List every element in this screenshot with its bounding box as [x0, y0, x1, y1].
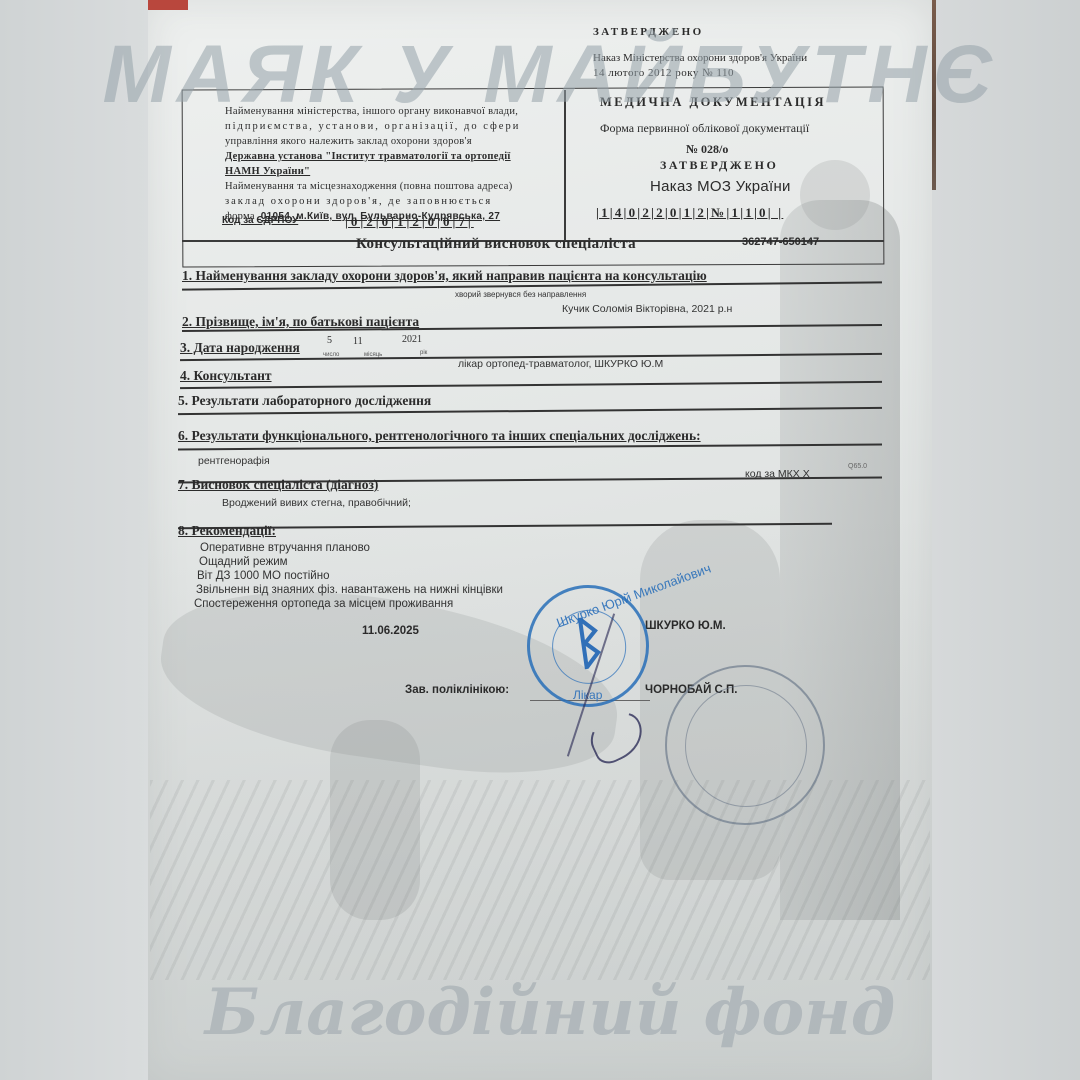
watermark-top: МАЯК У МАЙБУТНЄ: [100, 28, 1000, 122]
institution-block: Найменування міністерства, іншого органу…: [225, 104, 520, 224]
recommendation-item: Ощадний режим: [199, 556, 288, 568]
watermark-bottom: Благодійний фонд: [190, 975, 910, 1050]
head-of-clinic-label: Зав. поліклінікою:: [405, 684, 509, 696]
rule: [178, 523, 832, 529]
field-consultant-label: 4. Консультант: [180, 368, 272, 384]
birth-year-hint: рік: [420, 350, 427, 356]
field-diagnosis-value: Вроджений вивих стегна, правобічний;: [222, 497, 411, 509]
edrpou-label: Код за ЄДРПОУ: [222, 215, 298, 226]
recommendation-item: Віт ДЗ 1000 МО постійно: [197, 570, 329, 582]
doctor-name: ШКУРКО Ю.М.: [645, 620, 726, 632]
field-referring-institution-label: 1. Найменування закладу охорони здоров'я…: [182, 268, 707, 284]
address-label-2: заклад охорони здоров'я, де заповнюється: [225, 194, 520, 209]
form-number: № 028/о: [686, 142, 728, 157]
birth-month: 11: [353, 336, 363, 347]
icd-code: Q65.0: [848, 463, 867, 470]
institution-line: управління якого належить заклад охорони…: [225, 134, 520, 149]
edrpou-code: |0|2|0|1|2|0|0|7|: [345, 214, 474, 230]
recommendation-item: Звільненн від знаяних фіз. навантажень н…: [196, 584, 503, 596]
field-diagnosis-label: 7. Висновок спеціаліста (діагноз): [178, 477, 378, 493]
rule: [180, 381, 882, 389]
address-label: Найменування та місцезнаходження (повна …: [225, 179, 520, 194]
moz-order: Наказ МОЗ України: [650, 178, 791, 195]
moz-order-code: |1|4|0|2|2|0|1|2|№|1|1|0| |: [596, 205, 783, 221]
birth-day: 5: [327, 335, 332, 346]
rule: [178, 444, 882, 450]
field-patient-name-value: Кучик Соломія Вікторівна, 2021 р.н: [562, 303, 732, 315]
form-name: Форма первинної облікової документації: [600, 121, 809, 136]
institution-stamp-inner: [685, 685, 807, 807]
signature: [583, 706, 651, 769]
recommendation-item: Оперативне втручання планово: [200, 542, 370, 554]
field-referring-institution-value: хворий звернувся без направлення: [455, 290, 586, 299]
institution-stamp: [665, 665, 825, 825]
document-title: Консультаційний висновок спеціаліста: [356, 236, 636, 253]
institution-name-2: НАМН України": [225, 164, 520, 179]
field-lab-results-label: 5. Результати лабораторного дослідження: [178, 393, 431, 409]
field-consultant-value: лікар ортопед-травматолог, ШКУРКО Ю.М: [458, 358, 663, 370]
consultation-date: 11.06.2025: [362, 625, 419, 637]
recommendation-item: Спостереження ортопеда за місцем прожива…: [194, 598, 453, 610]
field-birth-date-label: 3. Дата народження: [180, 340, 300, 356]
approved-heading-2: ЗАТВЕРДЖЕНО: [660, 158, 778, 173]
field-functional-results-value: рентгенорафія: [198, 455, 270, 467]
field-functional-results-label: 6. Результати функціонального, рентгенол…: [178, 428, 701, 444]
birth-year: 2021: [402, 334, 422, 345]
consultation-document: ЗАТВЕРДЖЕНО Наказ Міністерства охорони з…: [0, 0, 1080, 1080]
document-number: 362747-650147: [742, 236, 819, 248]
institution-name: Державна установа "Інститут травматологі…: [225, 149, 520, 164]
field-recommendations-label: 8. Рекомендації:: [178, 523, 276, 539]
